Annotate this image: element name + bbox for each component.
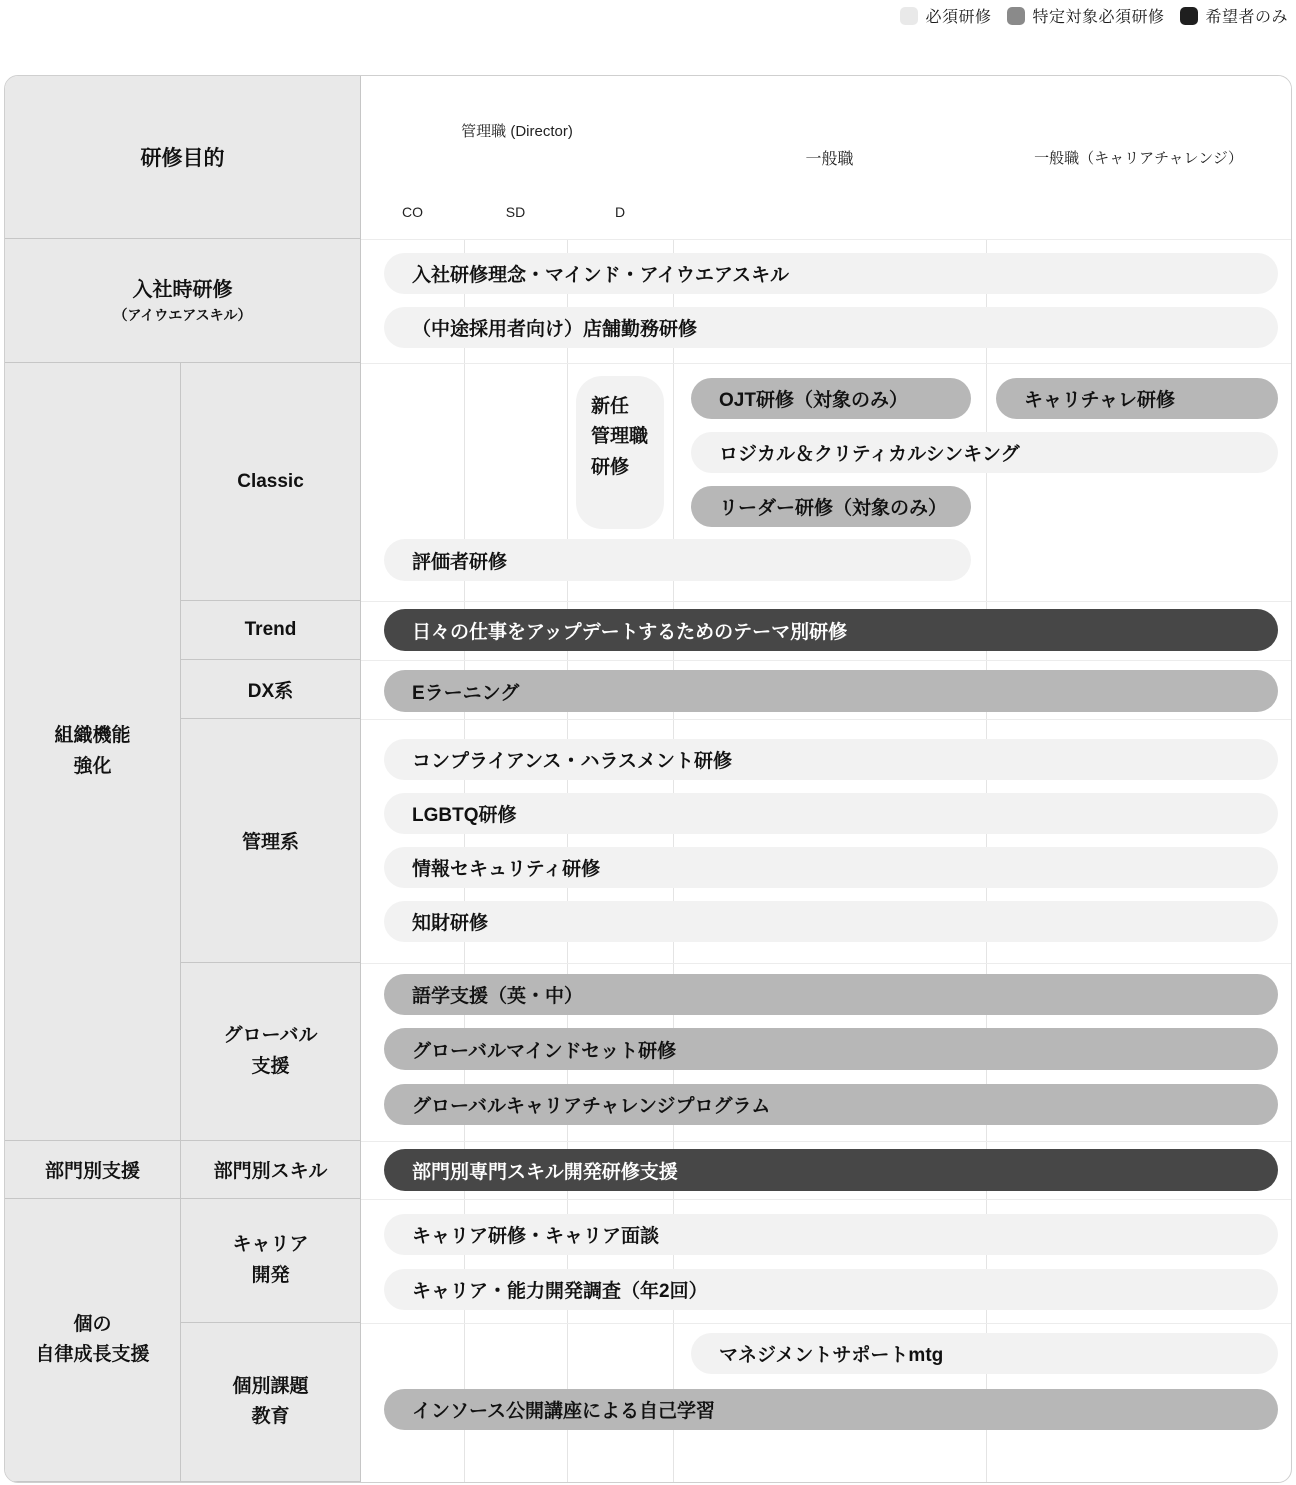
header-grade-sd: SD: [464, 184, 567, 239]
targeted-swatch-icon: [1007, 7, 1025, 25]
pill-new-manager-training: 新任 管理職 研修: [576, 376, 664, 529]
row-label-trend: Trend: [181, 601, 361, 660]
row-label-global-support: グローバル 支援: [181, 963, 361, 1141]
pill-global-career-challenge-program: グローバルキャリアチャレンジプログラム: [384, 1084, 1278, 1125]
row-label-onboarding-title: 入社時研修: [133, 275, 233, 305]
pill-division-skill-development-support: 部門別専門スキル開発研修支援: [384, 1149, 1278, 1191]
legend-item-required: 必須研修: [900, 4, 991, 27]
pill-ojt-training: OJT研修（対象のみ）: [691, 378, 971, 419]
pill-leader-training: リーダー研修（対象のみ）: [691, 486, 971, 527]
required-swatch-icon: [900, 7, 918, 25]
legend-label: 希望者のみ: [1205, 4, 1288, 27]
row-label-individual-growth: 個の 自律成長支援: [5, 1199, 181, 1482]
header-grade-co: CO: [361, 184, 464, 239]
header-general-staff-career-challenge: 一般職（キャリアチャレンジ）: [986, 76, 1291, 239]
grid-line-horizontal: [361, 963, 1291, 964]
header-training-purpose: 研修目的: [5, 76, 361, 239]
header-manager: 管理職 (Director): [361, 76, 673, 184]
pill-intellectual-property-training: 知財研修: [384, 901, 1278, 942]
legend-label: 特定対象必須研修: [1032, 4, 1164, 27]
pill-insource-self-learning: インソース公開講座による自己学習: [384, 1389, 1278, 1430]
pill-lgbtq-training: LGBTQ研修: [384, 793, 1278, 834]
pill-information-security-training: 情報セキュリティ研修: [384, 847, 1278, 888]
header-general-staff: 一般職: [673, 76, 986, 239]
training-matrix-table: 研修目的 管理職 (Director) CO SD D 一般職 一般職（キャリア…: [4, 75, 1292, 1483]
training-matrix-page: 必須研修 特定対象必須研修 希望者のみ 研修目的 管理職 (Director) …: [0, 0, 1296, 1485]
row-label-division-skill: 部門別スキル: [181, 1141, 361, 1199]
pill-evaluator-training: 評価者研修: [384, 539, 971, 581]
grid-line-horizontal: [361, 1323, 1291, 1324]
row-label-classic: Classic: [181, 363, 361, 601]
pill-elearning: Eラーニング: [384, 670, 1278, 712]
pill-global-mindset-training: グローバルマインドセット研修: [384, 1028, 1278, 1070]
pill-onboarding-philosophy-training: 入社研修理念・マインド・アイウエアスキル: [384, 253, 1278, 294]
grid-line-horizontal: [361, 601, 1291, 602]
legend-item-optional: 希望者のみ: [1180, 4, 1288, 27]
pill-career-ability-survey: キャリア・能力開発調査（年2回）: [384, 1269, 1278, 1310]
row-label-management: 管理系: [181, 719, 361, 963]
row-label-org-function: 組織機能 強化: [5, 363, 181, 1141]
row-label-individual-education: 個別課題 教育: [181, 1323, 361, 1482]
row-label-career-development: キャリア 開発: [181, 1199, 361, 1323]
grid-line-horizontal: [361, 719, 1291, 720]
legend: 必須研修 特定対象必須研修 希望者のみ: [900, 4, 1288, 27]
grid-line-horizontal: [361, 1199, 1291, 1200]
grid-line-horizontal: [361, 1141, 1291, 1142]
grid-line-horizontal: [361, 660, 1291, 661]
legend-label: 必須研修: [925, 4, 991, 27]
legend-item-targeted: 特定対象必須研修: [1007, 4, 1164, 27]
row-label-division-support: 部門別支援: [5, 1141, 181, 1199]
pill-logical-critical-thinking: ロジカル＆クリティカルシンキング: [691, 432, 1278, 473]
row-label-onboarding: 入社時研修 （アイウエアスキル）: [5, 239, 361, 363]
pill-theme-based-training: 日々の仕事をアップデートするためのテーマ別研修: [384, 609, 1278, 651]
grid-line-horizontal: [361, 363, 1291, 364]
row-label-dx: DX系: [181, 660, 361, 719]
row-label-onboarding-sub: （アイウエアスキル）: [113, 305, 251, 326]
pill-language-support: 語学支援（英・中）: [384, 974, 1278, 1015]
pill-compliance-harassment-training: コンプライアンス・ハラスメント研修: [384, 739, 1278, 780]
grid-line-horizontal: [361, 239, 1291, 240]
header-grade-d: D: [567, 184, 673, 239]
pill-management-support-mtg: マネジメントサポートmtg: [691, 1333, 1278, 1374]
optional-swatch-icon: [1180, 7, 1198, 25]
pill-career-training-interview: キャリア研修・キャリア面談: [384, 1214, 1278, 1255]
pill-career-challenge-training: キャリチャレ研修: [996, 378, 1278, 419]
pill-midcareer-store-training: （中途採用者向け）店舗勤務研修: [384, 307, 1278, 348]
